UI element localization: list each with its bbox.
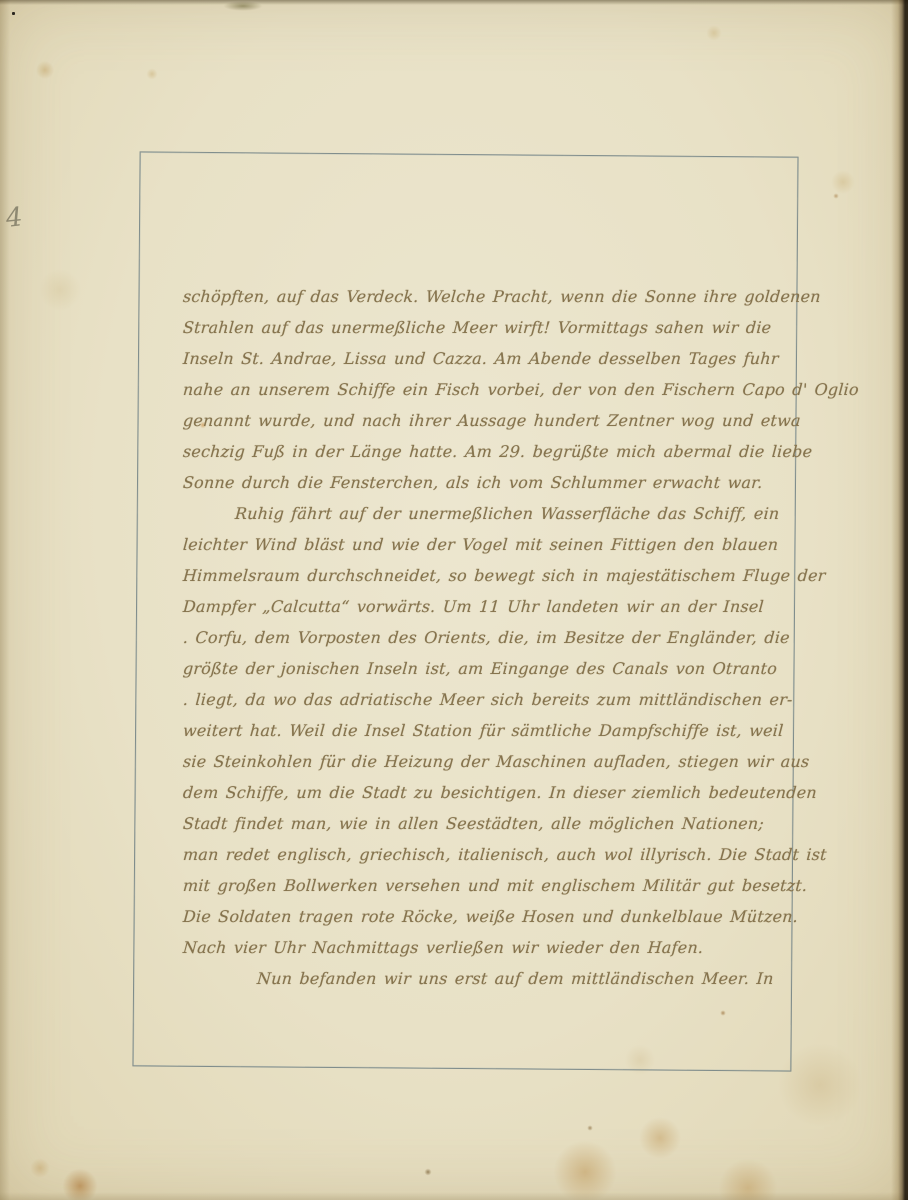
manuscript-line: sechzig Fuß in der Länge hatte. Am 29. b… [182, 436, 802, 467]
manuscript-line: größte der jonischen Inseln ist, am Eing… [182, 653, 802, 684]
manuscript-line: sie Steinkohlen für die Heizung der Masc… [182, 746, 802, 777]
manuscript-line: leichter Wind bläst und wie der Vogel mi… [182, 529, 802, 560]
manuscript-line: Sonne durch die Fensterchen, als ich vom… [182, 467, 802, 498]
manuscript-line: genannt wurde, und nach ihrer Aussage hu… [182, 405, 802, 436]
manuscript-line: Inseln St. Andrae, Lissa und Cazza. Am A… [182, 343, 802, 374]
dust-speck [12, 12, 15, 15]
manuscript-line: dem Schiffe, um die Stadt zu besichtigen… [182, 777, 802, 808]
manuscript-line: schöpften, auf das Verdeck. Welche Prach… [182, 281, 802, 312]
manuscript-line: weitert hat. Weil die Insel Station für … [182, 715, 802, 746]
manuscript-line: mit großen Bollwerken versehen und mit e… [182, 870, 802, 901]
manuscript-line: man redet englisch, griechisch, italieni… [182, 839, 802, 870]
manuscript-line: Himmelsraum durchschneidet, so bewegt si… [182, 560, 802, 591]
manuscript-line: . liegt, da wo das adriatische Meer sich… [182, 684, 802, 715]
manuscript-line: Nun befanden wir uns erst auf dem mittlä… [182, 963, 802, 994]
manuscript-line: . Corfu, dem Vorposten des Orients, die,… [182, 622, 802, 653]
manuscript-line: Dampfer „Calcutta“ vorwärts. Um 11 Uhr l… [182, 591, 802, 622]
handwritten-text-block: schöpften, auf das Verdeck. Welche Prach… [183, 281, 801, 994]
manuscript-line: Strahlen auf das unermeßliche Meer wirft… [182, 312, 802, 343]
manuscript-line: Ruhig fährt auf der unermeßlichen Wasser… [182, 498, 802, 529]
manuscript-line: nahe an unserem Schiffe ein Fisch vorbei… [182, 374, 802, 405]
folio-number: 4 [4, 202, 24, 234]
manuscript-line: Nach vier Uhr Nachmittags verließen wir … [182, 932, 802, 963]
manuscript-page: 4 schöpften, auf das Verdeck. Welche Pra… [0, 0, 908, 1200]
manuscript-line: Die Soldaten tragen rote Röcke, weiße Ho… [182, 901, 802, 932]
manuscript-line: Stadt findet man, wie in allen Seestädte… [182, 808, 802, 839]
